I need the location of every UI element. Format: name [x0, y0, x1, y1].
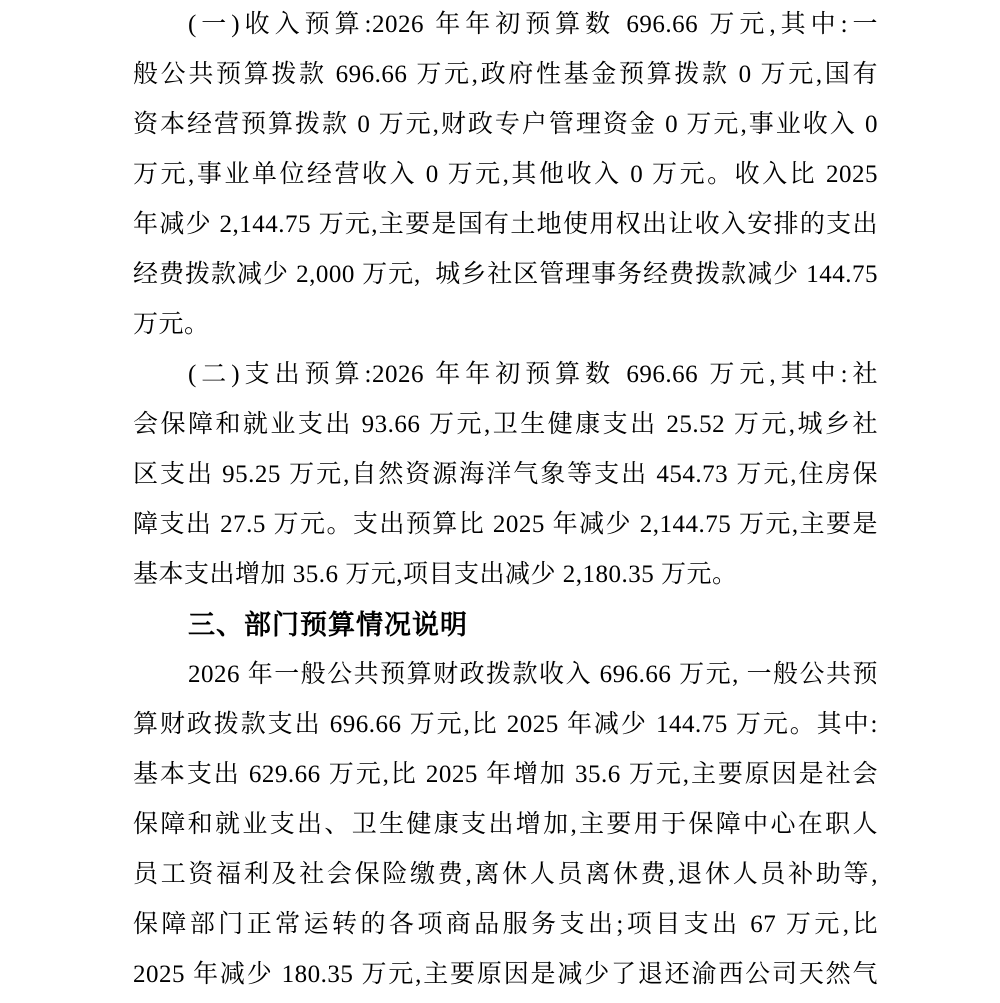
- text-line-budget-note-1: 2026 年一般公共预算财政拨款收入 696.66 万元, 一般公共预: [133, 650, 878, 700]
- text-line-income-budget-5: 年减少 2,144.75 万元,主要是国有土地使用权出让收入安排的支出: [133, 200, 878, 250]
- text-line-income-budget-4: 万元,事业单位经营收入 0 万元,其他收入 0 万元。收入比 2025: [133, 150, 878, 200]
- text-line-expense-budget-4: 障支出 27.5 万元。支出预算比 2025 年减少 2,144.75 万元,主…: [133, 500, 878, 550]
- text-line-expense-budget-5: 基本支出增加 35.6 万元,项目支出减少 2,180.35 万元。: [133, 550, 878, 600]
- text-line-budget-note-7: 2025 年减少 180.35 万元,主要原因是减少了退还渝西公司天然气: [133, 950, 878, 1000]
- text-line-budget-note-4: 保障和就业支出、卫生健康支出增加,主要用于保障中心在职人: [133, 800, 878, 850]
- text-line-income-budget-1: (一)收入预算:2026 年年初预算数 696.66 万元,其中:一: [133, 0, 878, 50]
- text-line-income-budget-3: 资本经营预算拨款 0 万元,财政专户管理资金 0 万元,事业收入 0: [133, 100, 878, 150]
- document-text-block: (一)收入预算:2026 年年初预算数 696.66 万元,其中:一 般公共预算…: [133, 0, 878, 1000]
- text-line-budget-note-6: 保障部门正常运转的各项商品服务支出;项目支出 67 万元,比: [133, 900, 878, 950]
- document-page: (一)收入预算:2026 年年初预算数 696.66 万元,其中:一 般公共预算…: [0, 0, 1000, 1003]
- text-line-income-budget-2: 般公共预算拨款 696.66 万元,政府性基金预算拨款 0 万元,国有: [133, 50, 878, 100]
- text-line-income-budget-7: 万元。: [133, 300, 878, 350]
- text-line-income-budget-6: 经费拨款减少 2,000 万元, 城乡社区管理事务经费拨款减少 144.75: [133, 250, 878, 300]
- section-heading: 三、部门预算情况说明: [133, 600, 878, 650]
- text-line-budget-note-5: 员工资福利及社会保险缴费,离休人员离休费,退休人员补助等,: [133, 850, 878, 900]
- text-line-budget-note-3: 基本支出 629.66 万元,比 2025 年增加 35.6 万元,主要原因是社…: [133, 750, 878, 800]
- text-line-expense-budget-1: (二)支出预算:2026 年年初预算数 696.66 万元,其中:社: [133, 350, 878, 400]
- text-line-expense-budget-3: 区支出 95.25 万元,自然资源海洋气象等支出 454.73 万元,住房保: [133, 450, 878, 500]
- text-line-expense-budget-2: 会保障和就业支出 93.66 万元,卫生健康支出 25.52 万元,城乡社: [133, 400, 878, 450]
- text-line-budget-note-2: 算财政拨款支出 696.66 万元,比 2025 年减少 144.75 万元。其…: [133, 700, 878, 750]
